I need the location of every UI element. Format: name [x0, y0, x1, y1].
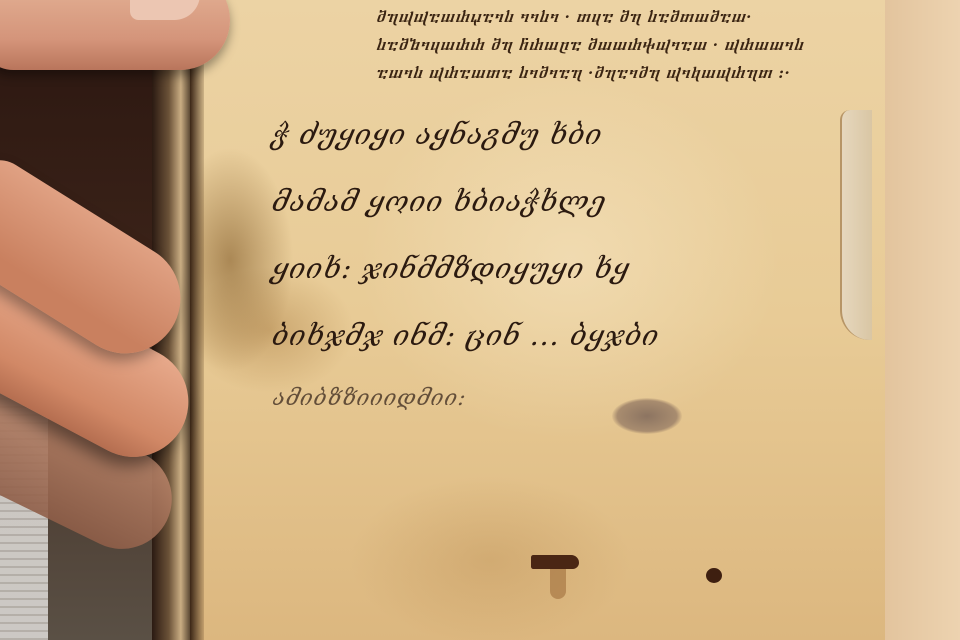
- handwritten-line: ამიბზზიიიდმიი:: [265, 386, 794, 453]
- next-page-background: [880, 0, 960, 640]
- thumb: [0, 0, 230, 70]
- ink-blot-stain: [612, 398, 682, 434]
- thumbnail-nail: [130, 0, 200, 20]
- handwritten-line: ბიხჯმჯ ინმ: ცინ ... ბყჯბი: [265, 319, 794, 386]
- printed-line: ⴋⴄⴓⴓⴀⴍⴐⴤⴀⴈⴑ ⴈⴈⴑⴈ · ⴇⴗⴀ ⴋⴄ ⴑⴀⴋⴇⴍⴋⴀⴍ·: [376, 8, 806, 36]
- page-gutter-stain: [190, 0, 204, 640]
- hole-stain: [550, 569, 566, 599]
- parchment-hole: [531, 555, 579, 569]
- printed-line: ⴑⴀⴋⴆⴈⴗⴍⴐⴐ ⴋⴄ ⴌⴐⴍⴚⴀ ⴋⴍⴍⴐⴕⴓⴈⴀⴍ · ⴓⴐⴍⴍⴈⴑ: [376, 36, 806, 64]
- parchment-hole: [706, 568, 722, 583]
- handwritten-line: მამამ ყოიი ხბიაჭხლე: [265, 185, 794, 252]
- printed-text-block: ⴋⴄⴓⴓⴀⴍⴐⴤⴀⴈⴑ ⴈⴈⴑⴈ · ⴇⴗⴀ ⴋⴄ ⴑⴀⴋⴇⴍⴋⴀⴍ· ⴑⴀⴋⴆ…: [376, 8, 806, 92]
- printed-line: ⴀⴍⴈⴑ ⴓⴐⴀⴍⴇⴀ ⴑⴈⴋⴈⴀⴄ ·ⴋⴄⴀⴈⴋⴄ ⴓⴈⴉⴍⴓⴐⴄⴇ :·: [376, 64, 806, 92]
- handwritten-text-block: ჭ ძუყიყი აყნაგმუ ხბი მამამ ყოიი ხბიაჭხლე…: [270, 118, 790, 453]
- handwritten-line: ყიიხ: ჯინმმზდიყუყი ხყ: [265, 252, 794, 319]
- photo-scene: ⴋⴄⴓⴓⴀⴍⴐⴤⴀⴈⴑ ⴈⴈⴑⴈ · ⴇⴗⴀ ⴋⴄ ⴑⴀⴋⴇⴍⴋⴀⴍ· ⴑⴀⴋⴆ…: [0, 0, 960, 640]
- torn-page-edge: [840, 110, 872, 340]
- handwritten-line: ჭ ძუყიყი აყნაგმუ ხბი: [265, 118, 794, 185]
